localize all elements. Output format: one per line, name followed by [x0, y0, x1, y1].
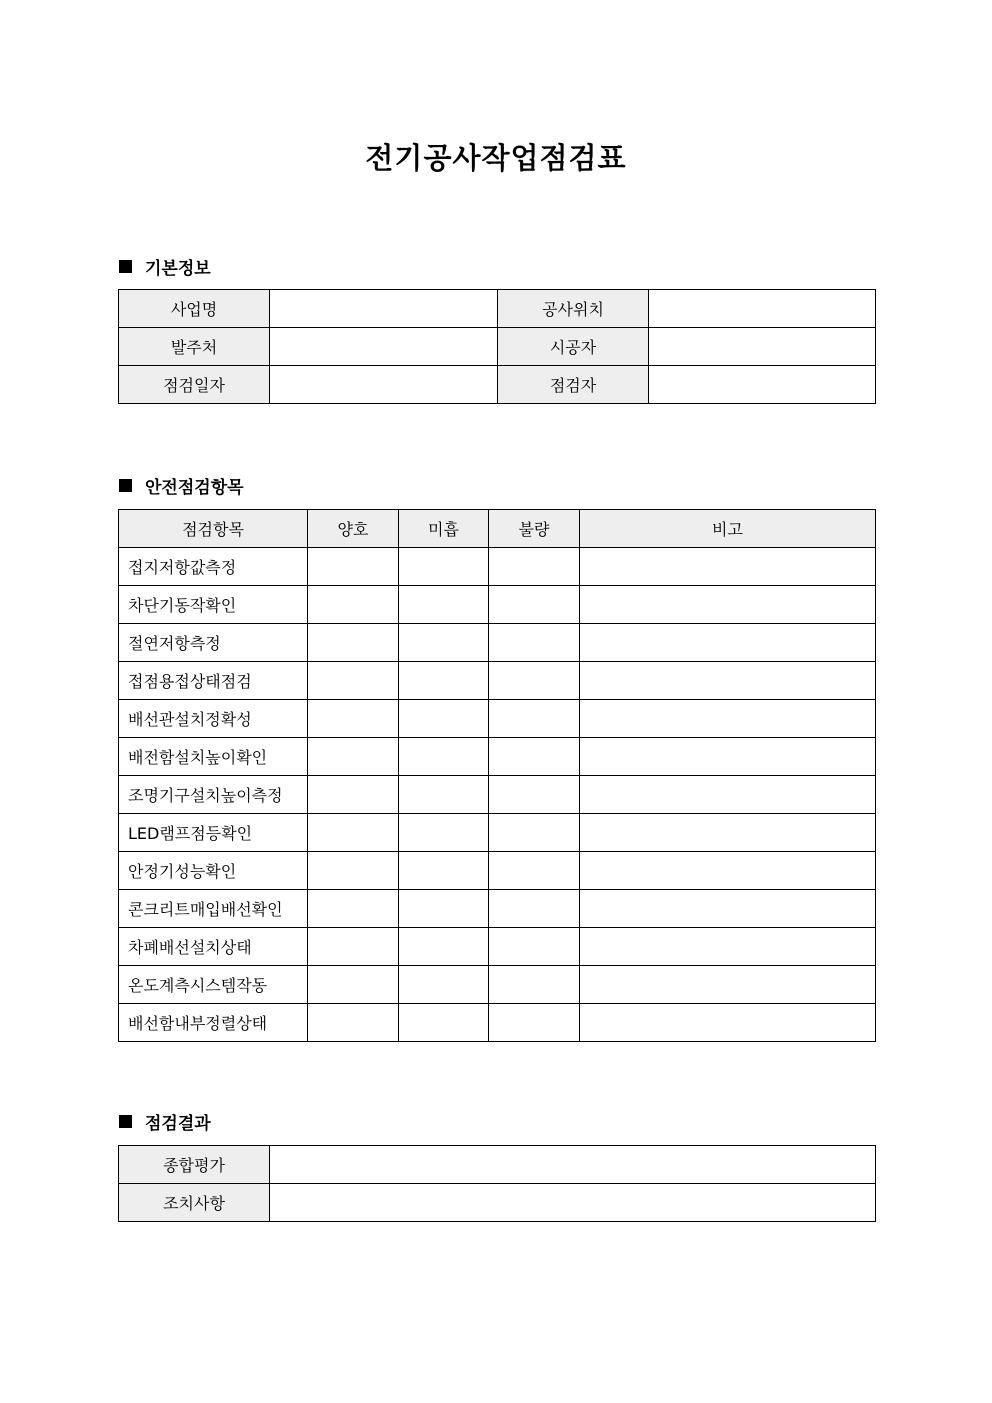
check-item-name: 조명기구설치높이측정	[119, 776, 308, 814]
table-row: 절연저항측정	[119, 624, 876, 662]
insufficient-cell[interactable]	[399, 890, 489, 928]
note-cell[interactable]	[580, 776, 876, 814]
bad-cell[interactable]	[489, 890, 580, 928]
contractor-label: 시공자	[498, 328, 649, 366]
bad-cell[interactable]	[489, 814, 580, 852]
project-name-label: 사업명	[119, 290, 270, 328]
construction-location-field[interactable]	[649, 290, 876, 328]
section-heading-result: 점검결과	[119, 1109, 211, 1134]
table-row: 접지저항값측정	[119, 548, 876, 586]
good-cell[interactable]	[308, 624, 399, 662]
check-item-name: 배선함내부정렬상태	[119, 1004, 308, 1042]
table-row: 조명기구설치높이측정	[119, 776, 876, 814]
check-item-name: 온도계측시스템작동	[119, 966, 308, 1004]
note-cell[interactable]	[580, 624, 876, 662]
inspection-date-label: 점검일자	[119, 366, 270, 404]
table-row: 접점용접상태점검	[119, 662, 876, 700]
note-cell[interactable]	[580, 738, 876, 776]
good-cell[interactable]	[308, 814, 399, 852]
square-bullet-icon	[119, 1115, 132, 1128]
insufficient-cell[interactable]	[399, 966, 489, 1004]
table-row: 배선관설치정확성	[119, 700, 876, 738]
result-table: 종합평가 조치사항	[118, 1145, 876, 1222]
section-heading-label: 안전점검항목	[145, 473, 244, 498]
safety-check-table: 점검항목 양호 미흡 불량 비고 접지저항값측정차단기동작확인절연저항측정접점용…	[118, 509, 876, 1042]
note-cell[interactable]	[580, 586, 876, 624]
insufficient-cell[interactable]	[399, 1004, 489, 1042]
good-cell[interactable]	[308, 700, 399, 738]
check-item-name: 절연저항측정	[119, 624, 308, 662]
column-header-note: 비고	[580, 510, 876, 548]
section-heading-safety-check: 안전점검항목	[119, 473, 244, 498]
good-cell[interactable]	[308, 890, 399, 928]
project-name-field[interactable]	[270, 290, 498, 328]
insufficient-cell[interactable]	[399, 700, 489, 738]
check-item-name: LED램프점등확인	[119, 814, 308, 852]
bad-cell[interactable]	[489, 586, 580, 624]
overall-evaluation-label: 종합평가	[119, 1146, 270, 1184]
check-item-name: 배전함설치높이확인	[119, 738, 308, 776]
good-cell[interactable]	[308, 1004, 399, 1042]
bad-cell[interactable]	[489, 700, 580, 738]
table-row: 발주처 시공자	[119, 328, 876, 366]
inspector-label: 점검자	[498, 366, 649, 404]
check-item-name: 차폐배선설치상태	[119, 928, 308, 966]
insufficient-cell[interactable]	[399, 814, 489, 852]
good-cell[interactable]	[308, 548, 399, 586]
table-row: 차단기동작확인	[119, 586, 876, 624]
note-cell[interactable]	[580, 928, 876, 966]
bad-cell[interactable]	[489, 776, 580, 814]
column-header-good: 양호	[308, 510, 399, 548]
good-cell[interactable]	[308, 928, 399, 966]
inspection-date-field[interactable]	[270, 366, 498, 404]
good-cell[interactable]	[308, 776, 399, 814]
section-heading-label: 점검결과	[145, 1109, 211, 1134]
insufficient-cell[interactable]	[399, 662, 489, 700]
note-cell[interactable]	[580, 890, 876, 928]
good-cell[interactable]	[308, 966, 399, 1004]
check-item-name: 접점용접상태점검	[119, 662, 308, 700]
table-row: 배선함내부정렬상태	[119, 1004, 876, 1042]
note-cell[interactable]	[580, 700, 876, 738]
bad-cell[interactable]	[489, 852, 580, 890]
document-title: 전기공사작업점검표	[0, 136, 992, 177]
column-header-item: 점검항목	[119, 510, 308, 548]
contractor-field[interactable]	[649, 328, 876, 366]
check-item-name: 배선관설치정확성	[119, 700, 308, 738]
client-field[interactable]	[270, 328, 498, 366]
good-cell[interactable]	[308, 662, 399, 700]
note-cell[interactable]	[580, 814, 876, 852]
action-items-label: 조치사항	[119, 1184, 270, 1222]
table-row: 콘크리트매입배선확인	[119, 890, 876, 928]
insufficient-cell[interactable]	[399, 928, 489, 966]
bad-cell[interactable]	[489, 966, 580, 1004]
square-bullet-icon	[119, 260, 132, 273]
note-cell[interactable]	[580, 966, 876, 1004]
table-header-row: 점검항목 양호 미흡 불량 비고	[119, 510, 876, 548]
table-row: 배전함설치높이확인	[119, 738, 876, 776]
note-cell[interactable]	[580, 662, 876, 700]
construction-location-label: 공사위치	[498, 290, 649, 328]
table-row: 사업명 공사위치	[119, 290, 876, 328]
bad-cell[interactable]	[489, 1004, 580, 1042]
note-cell[interactable]	[580, 548, 876, 586]
insufficient-cell[interactable]	[399, 624, 489, 662]
insufficient-cell[interactable]	[399, 776, 489, 814]
table-row: LED램프점등확인	[119, 814, 876, 852]
inspector-field[interactable]	[649, 366, 876, 404]
client-label: 발주처	[119, 328, 270, 366]
check-item-name: 접지저항값측정	[119, 548, 308, 586]
check-item-name: 차단기동작확인	[119, 586, 308, 624]
insufficient-cell[interactable]	[399, 548, 489, 586]
section-heading-basic-info: 기본정보	[119, 254, 211, 279]
note-cell[interactable]	[580, 1004, 876, 1042]
check-item-name: 콘크리트매입배선확인	[119, 890, 308, 928]
insufficient-cell[interactable]	[399, 852, 489, 890]
bad-cell[interactable]	[489, 548, 580, 586]
table-row: 점검일자 점검자	[119, 366, 876, 404]
good-cell[interactable]	[308, 852, 399, 890]
table-row: 조치사항	[119, 1184, 876, 1222]
column-header-insufficient: 미흡	[399, 510, 489, 548]
table-row: 차폐배선설치상태	[119, 928, 876, 966]
overall-evaluation-field[interactable]	[270, 1146, 876, 1184]
good-cell[interactable]	[308, 738, 399, 776]
bad-cell[interactable]	[489, 662, 580, 700]
table-row: 안정기성능확인	[119, 852, 876, 890]
note-cell[interactable]	[580, 852, 876, 890]
basic-info-table: 사업명 공사위치 발주처 시공자 점검일자 점검자	[118, 289, 876, 404]
table-row: 종합평가	[119, 1146, 876, 1184]
bad-cell[interactable]	[489, 738, 580, 776]
insufficient-cell[interactable]	[399, 586, 489, 624]
check-item-name: 안정기성능확인	[119, 852, 308, 890]
action-items-field[interactable]	[270, 1184, 876, 1222]
insufficient-cell[interactable]	[399, 738, 489, 776]
table-row: 온도계측시스템작동	[119, 966, 876, 1004]
bad-cell[interactable]	[489, 624, 580, 662]
section-heading-label: 기본정보	[145, 254, 211, 279]
good-cell[interactable]	[308, 586, 399, 624]
column-header-bad: 불량	[489, 510, 580, 548]
square-bullet-icon	[119, 479, 132, 492]
bad-cell[interactable]	[489, 928, 580, 966]
